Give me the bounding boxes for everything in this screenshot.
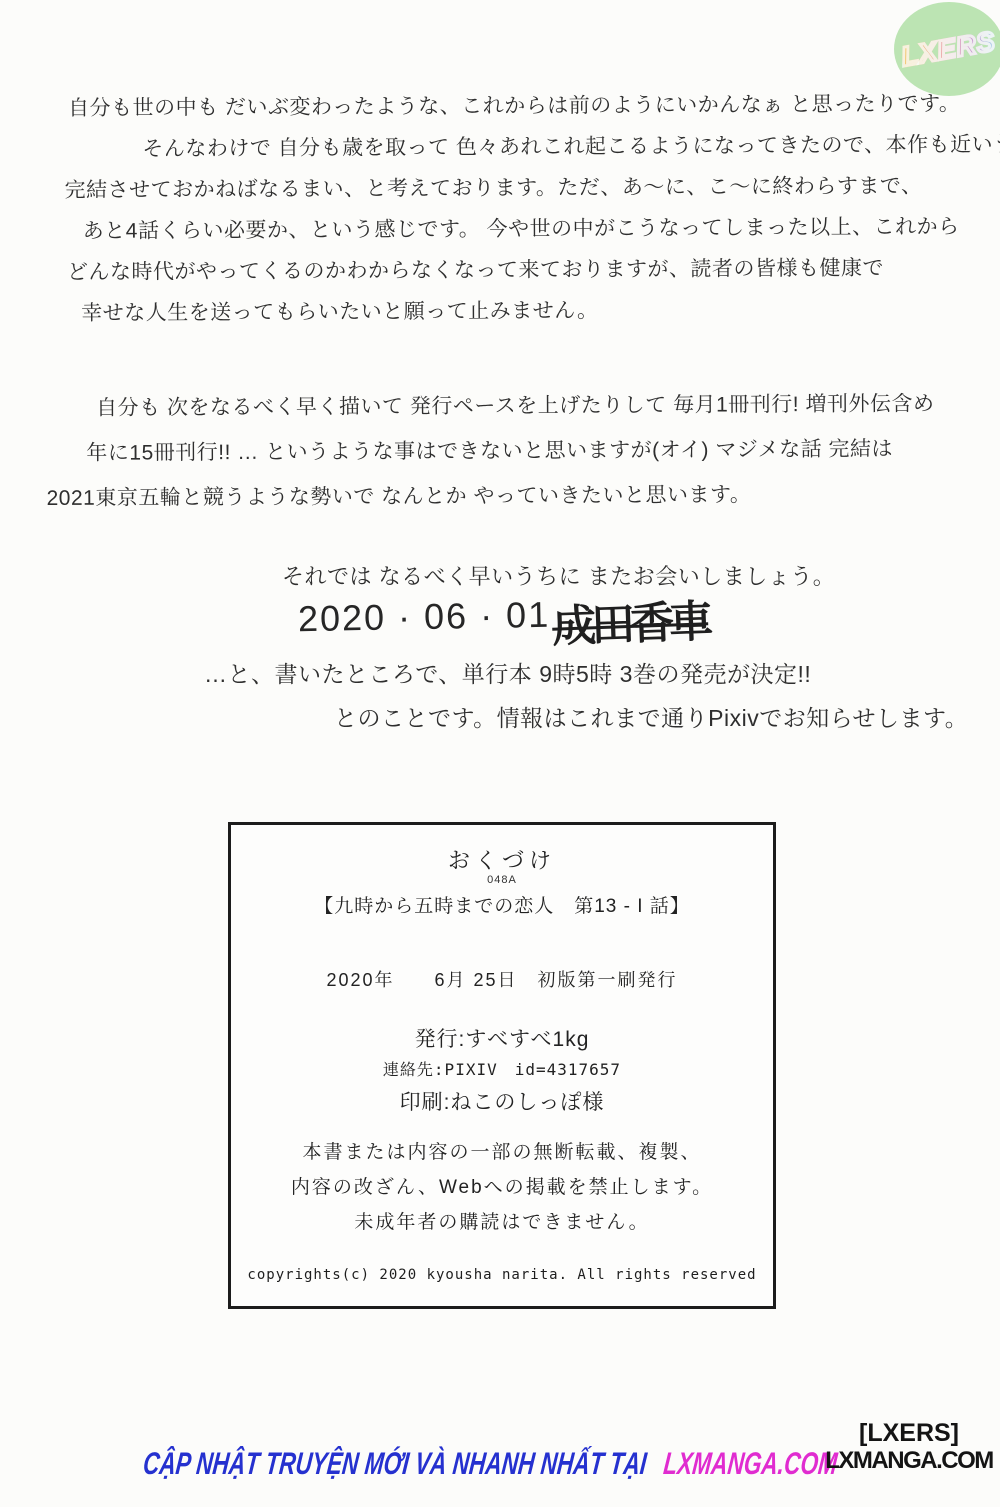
contact-line: 連絡先:PIXIV id=4317657 (231, 1057, 773, 1080)
handwritten-line-1: 自分も世の中も だいぶ変わったような、これからは前のようにいかんなぁ と思ったり… (64, 83, 1000, 129)
handwritten-line-6: 幸せな人生を送ってもらいたいと願って止みません。 (65, 288, 1000, 334)
publisher-line: 発行:すべすべ1kg (231, 1023, 773, 1053)
brand-site: LXMANGA.COM (824, 1447, 994, 1474)
handwritten-line-9: 2021東京五輪と競うような勢いで なんとか やっていきたいと思います。 (46, 471, 935, 521)
postscript-line-2: とのことです。情報はこれまで通りPixivでお知らせします。 (334, 698, 968, 739)
brand-tag: [LXERS] (824, 1420, 994, 1447)
postscript-line-1: …と、書いたところで、単行本 9時5時 3巻の発売が決定!! (204, 654, 811, 695)
lxers-badge: LXERS (894, 2, 1000, 96)
notice-line-1: 本書または内容の一部の無断転載、複製、 (231, 1137, 773, 1164)
watermark-brand: [LXERS] LXMANGA.COM (824, 1420, 994, 1474)
copyright-line: copyrights(c) 2020 kyousha narita. All r… (231, 1267, 773, 1283)
watermark-vietnamese: CẬP NHẬT TRUYỆN MỚI VÀ NHANH NHẤT TẠI LX… (141, 1447, 838, 1483)
notice-line-2: 内容の改ざん、Webへの掲載を禁止します。 (231, 1172, 773, 1199)
printer-line: 印刷:ねこのしっぽ様 (231, 1086, 773, 1116)
afterword-paragraph-2: 自分も 次をなるべく早く描いて 発行ペースを上げたりして 毎月1冊刊行! 増刊外… (46, 381, 935, 521)
handwritten-line-3: 完結させておかねばなるまい、と考えております。ただ、あ〜に、こ〜に終わらすまで、 (64, 165, 1000, 211)
lxers-logo-text: LXERS (900, 25, 999, 72)
author-signature: 成田香車 (551, 585, 709, 654)
handwritten-line-5: どんな時代がやってくるのかわからなくなって来ておりますが、読者の皆様も健康で (65, 247, 1000, 293)
notice-line-3: 未成年者の購読はできません。 (231, 1207, 773, 1234)
handwritten-line-7: 自分も 次をなるべく早く描いて 発行ペースを上げたりして 毎月1冊刊行! 増刊外… (46, 381, 935, 431)
handwritten-line-8: 年に15冊刊行!! … というような事はできないと思いますが(オイ) マジメな話… (46, 426, 935, 476)
book-title: 【九時から五時までの恋人 第13 - I 話】 (231, 891, 773, 918)
handwritten-line-2: そんなわけで 自分も歳を取って 色々あれこれ起こるようになってきたので、本作も近… (64, 124, 1000, 170)
print-date: 2020年 6月 25日 初版第一刷発行 (231, 966, 773, 992)
colophon-code: 048A (231, 874, 773, 886)
scanned-afterword-page: LXERS 自分も世の中も だいぶ変わったような、これからは前のようにいかんなぁ… (0, 0, 1000, 1507)
colophon-box: おくづけ 048A 【九時から五時までの恋人 第13 - I 話】 2020年 … (228, 822, 776, 1309)
watermark-site-link: LXMANGA.COM (662, 1447, 839, 1482)
afterword-paragraph-1: 自分も世の中も だいぶ変わったような、これからは前のようにいかんなぁ と思ったり… (64, 83, 1000, 334)
handwritten-date: 2020 · 06 · 01 (298, 594, 551, 640)
handwritten-line-4: あと4話くらい必要か、という感じです。 今や世の中がこうなってしまった以上、これ… (65, 206, 1000, 252)
colophon-title: おくづけ (231, 844, 773, 875)
watermark-tagline: CẬP NHẬT TRUYỆN MỚI VÀ NHANH NHẤT TẠI (141, 1447, 648, 1482)
